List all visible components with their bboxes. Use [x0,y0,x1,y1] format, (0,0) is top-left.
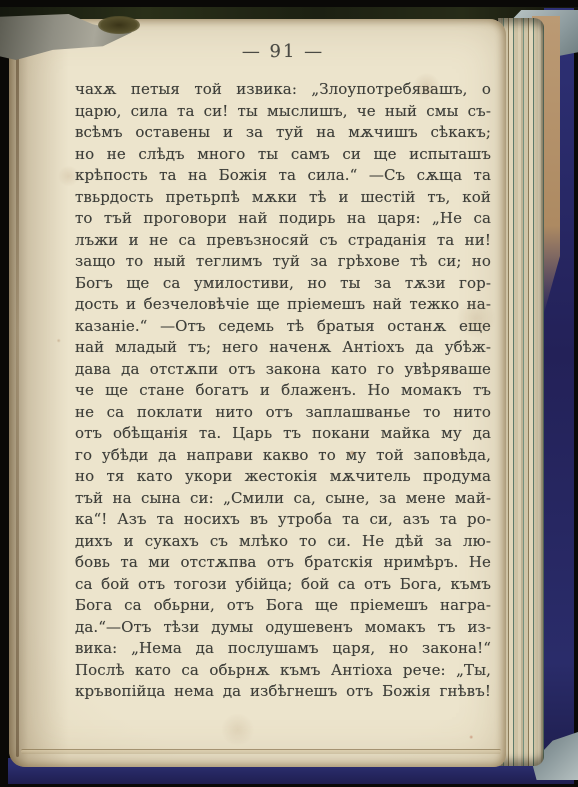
text-line: кръвопійца нема да избѣгнешъ отъ Божія г… [75,681,491,703]
text-line: дость и безчеловѣчіе ще пріемешъ най теж… [75,294,491,316]
book-photo: — 91 — чахѫ петыя той извика: „Злоупотре… [0,0,578,787]
text-line: защо то ный теглимъ туй за грѣхове тѣ си… [75,251,491,273]
text-line: Богъ ще са умилостиви, но ты за тѫзи гор… [75,273,491,295]
page-number: — 91 — [75,41,491,62]
gutter-crease [16,45,19,757]
text-line: крѣпость та на Божія та сила.“ —Съ сѫща … [75,165,491,187]
text-line: най младый тъ; него наченѫ Антіохъ да уб… [75,337,491,359]
text-line: всѣмъ оставены и за туй на мѫчишъ сѣкакъ… [75,122,491,144]
text-line: Бога са обьрни, отъ Бога ще пріемешъ наг… [75,595,491,617]
text-line: царю, сила та си! ты мыслишъ, че ный смы… [75,101,491,123]
text-line: дава да отстѫпи отъ закона като го увѣря… [75,359,491,381]
text-line: да.“—Отъ тѣзи думы одушевенъ момакъ тъ и… [75,617,491,639]
text-line: чахѫ петыя той извика: „Злоупотребявашъ,… [75,79,491,101]
binding-residue [98,16,140,34]
text-line: вика: „Нема да послушамъ царя, но закона… [75,638,491,660]
text-line: бовь та ми отстѫпва отъ братскія нримѣръ… [75,552,491,574]
body-text: чахѫ петыя той извика: „Злоупотребявашъ,… [75,79,491,703]
text-line: но тя като укори жестокія мѫчитель проду… [75,466,491,488]
text-line: тъй на сына си: „Смили са, сыне, за мене… [75,488,491,510]
text-line: Послѣ като са обьрнѫ къмъ Антіоха рече: … [75,660,491,682]
text-line: казаніе.“ —Отъ седемь тѣ братыя останѫ е… [75,316,491,338]
text-line: лъжи и не са превъзносяй съ страданія та… [75,230,491,252]
text-line: че ще стане богатъ и блаженъ. Но момакъ … [75,380,491,402]
under-page-edge [21,749,501,754]
text-line: са бой отъ тогози убійца; бой са отъ Бог… [75,574,491,596]
text-line: отъ обѣщанія та. Царь тъ покани майка му… [75,423,491,445]
text-line: ка“! Азъ та носихъ въ утроба та си, азъ … [75,509,491,531]
book-page: — 91 — чахѫ петыя той извика: „Злоупотре… [9,19,506,767]
text-line: то тъй проговори най подирь на царя: „Не… [75,208,491,230]
text-line: не са поклати нито отъ заплашванье то ни… [75,402,491,424]
text-line: но не слѣдъ много ты самъ си ще испыташъ [75,144,491,166]
text-line: твьрдость претьрпѣ мѫки тѣ и шестій тъ, … [75,187,491,209]
text-line: дихъ и сукахъ съ млѣко то си. Не дѣй за … [75,531,491,553]
text-line: го убѣди да направи какво то му той запо… [75,445,491,467]
